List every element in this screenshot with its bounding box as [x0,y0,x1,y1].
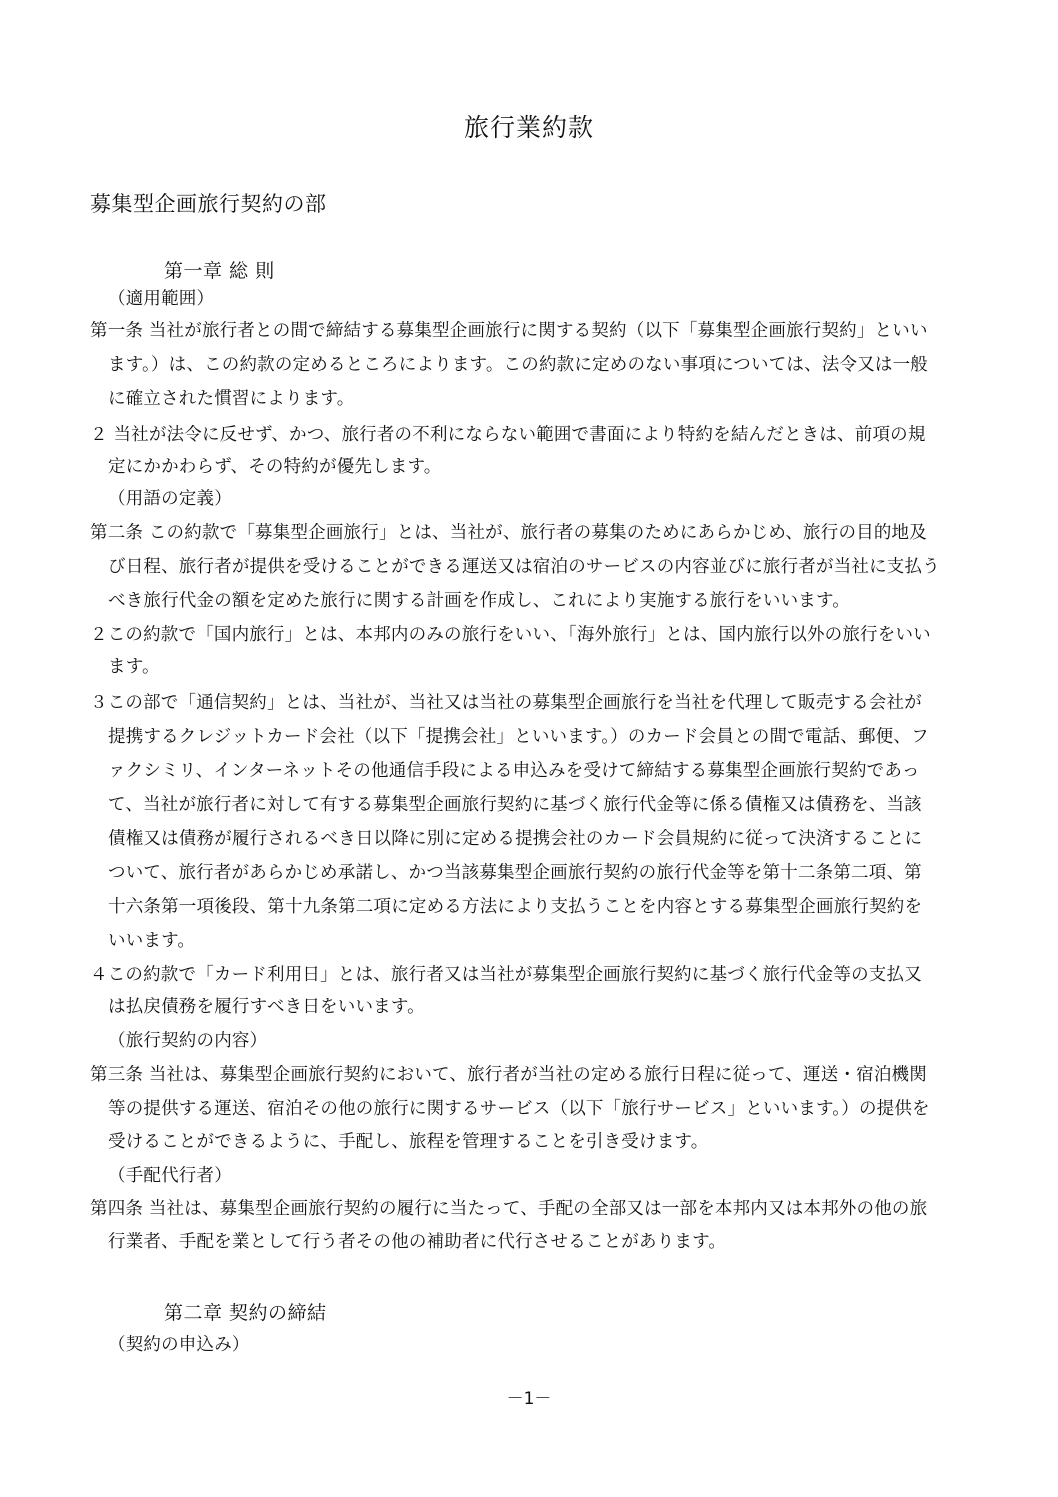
page-number: －1－ [0,1384,1058,1409]
chapter-heading-2: 第二章 契約の締結 [164,1298,327,1325]
document-title: 旅行業約款 [0,108,1058,144]
chapter-heading-1: 第一章 総 則 [164,256,275,283]
article-2-item-3: て、当社が旅行者に対して有する募集型企画旅行契約に基づく旅行代金等に係る債権又は… [108,794,922,816]
article-4-line: 行業者、手配を業として行う者その他の補助者に代行させることがあります。 [108,1231,726,1253]
article-2-item-3: いいます。 [108,930,195,952]
document-page: 旅行業約款 募集型企画旅行契約の部 第一章 総 則 （適用範囲） 第一条 当社が… [0,0,1058,1497]
article-3-line: 第三条 当社は、募集型企画旅行契約において、旅行者が当社の定める旅行日程に従って… [90,1064,927,1086]
article-2-item-4: は払戻債務を履行すべき日をいいます。 [108,996,425,1018]
article-caption: （旅行契約の内容） [108,1030,267,1052]
article-1-line: に確立された慣習によります。 [108,388,354,410]
article-2-item-4: ４この約款で「カード利用日」とは、旅行者又は当社が募集型企画旅行契約に基づく旅行… [90,964,922,986]
article-2-item-3: ついて、旅行者があらかじめ承諾し、かつ当該募集型企画旅行契約の旅行代金等を第十二… [108,862,922,884]
article-1-item-2: 定にかかわらず、その特約が優先します。 [108,456,442,478]
article-3-line: 等の提供する運送、宿泊その他の旅行に関するサービス（以下「旅行サービス」といいま… [108,1098,930,1120]
article-2-item-3: ３この部で「通信契約」とは、当社が、当社又は当社の募集型企画旅行を当社を代理して… [90,692,922,714]
article-2-item-2: ます。 [108,656,160,678]
article-4-line: 第四条 当社は、募集型企画旅行契約の履行に当たって、手配の全部又は一部を本邦内又… [90,1198,927,1220]
article-caption: （契約の申込み） [108,1334,250,1356]
article-2-item-2: ２この約款で「国内旅行」とは、本邦内のみの旅行をいい、「海外旅行」とは、国内旅行… [90,624,931,646]
article-caption: （用語の定義） [108,488,232,510]
article-2-line: 第二条 この約款で「募集型企画旅行」とは、当社が、旅行者の募集のためにあらかじめ… [90,522,927,544]
section-heading: 募集型企画旅行契約の部 [90,188,327,218]
article-caption: （適用範囲） [108,288,214,310]
article-2-item-3: 十六条第一項後段、第十九条第二項に定める方法により支払うことを内容とする募集型企… [108,896,922,918]
article-2-item-3: 提携するクレジットカード会社（以下「提携会社」といいます。）のカード会員との間で… [108,726,929,748]
article-3-line: 受けることができるように、手配し、旅程を管理することを引き受けます。 [108,1131,708,1153]
article-2-item-3: ァクシミリ、インターネットその他通信手段による申込みを受けて締結する募集型企画旅… [108,760,920,782]
article-1-line: ます。）は、この約款の定めるところによります。この約款に定めのない事項については… [108,354,928,376]
article-2-line: べき旅行代金の額を定めた旅行に関する計画を作成し、これにより実施する旅行をいいま… [108,590,850,612]
article-1-item-2: ２ 当社が法令に反せず、かつ、旅行者の不利にならない範囲で書面により特約を結んだ… [90,424,926,446]
article-caption: （手配代行者） [108,1165,232,1187]
article-2-item-3: 債権又は債務が履行されるべき日以降に別に定める提携会社のカード会員規約に従って決… [108,828,922,850]
article-2-line: び日程、旅行者が提供を受けることができる運送又は宿泊のサービスの内容並びに旅行者… [108,556,940,578]
article-1-line: 第一条 当社が旅行者との間で締結する募集型企画旅行に関する契約（以下「募集型企画… [90,320,928,342]
